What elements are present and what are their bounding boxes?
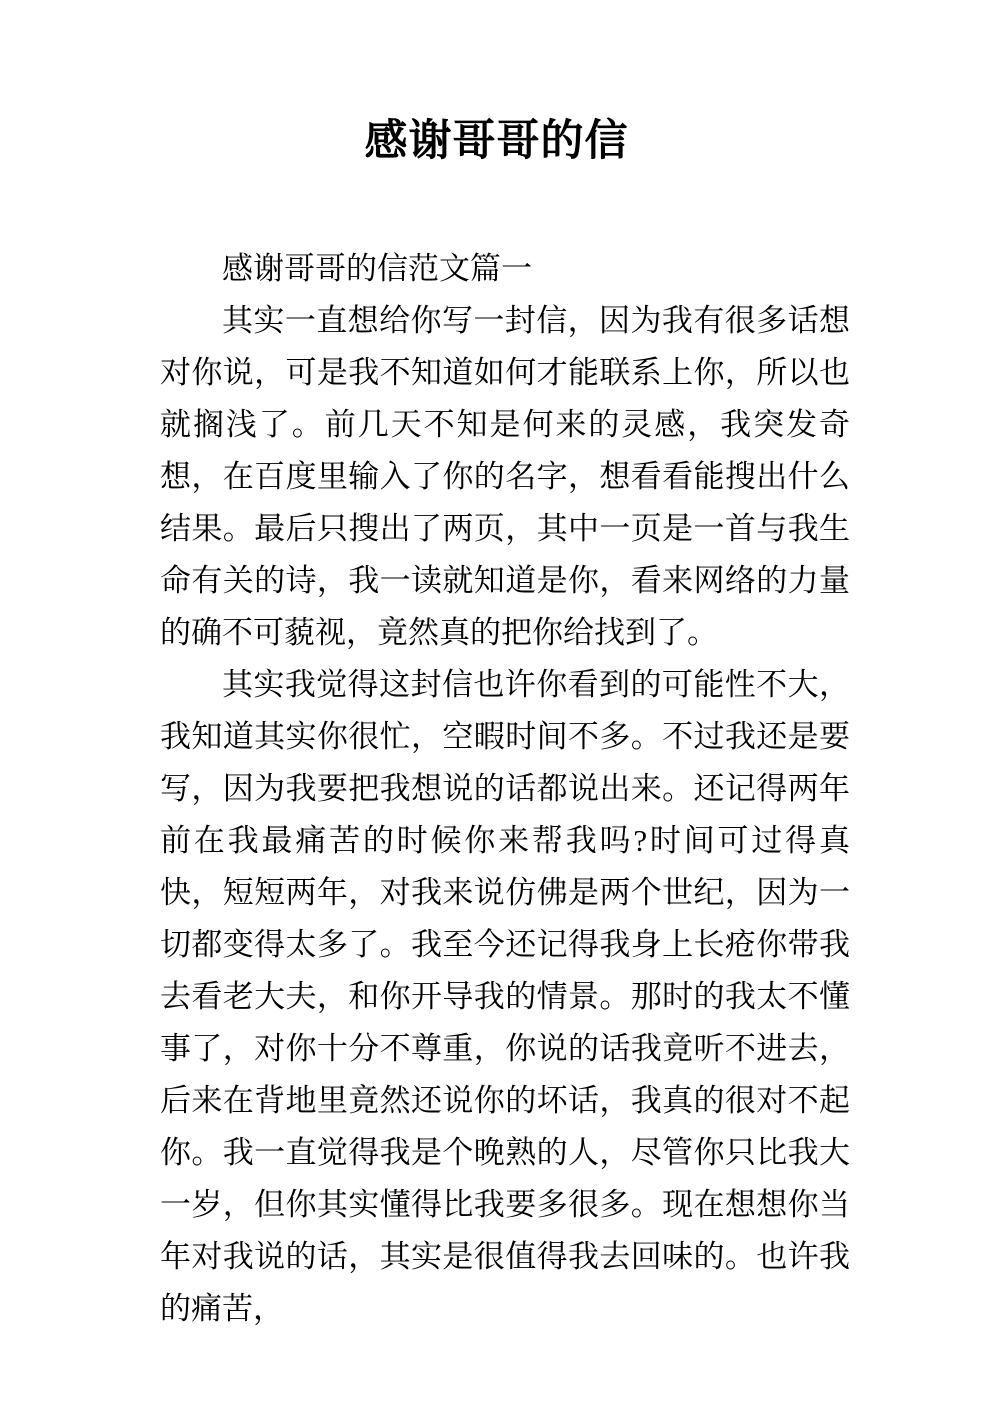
document-title: 感谢哥哥的信	[0, 118, 993, 165]
document-page: 感谢哥哥的信 感谢哥哥的信范文篇一 其实一直想给你写一封信，因为我有很多话想对你…	[0, 0, 993, 1404]
document-body: 感谢哥哥的信范文篇一 其实一直想给你写一封信，因为我有很多话想对你说，可是我不知…	[160, 243, 850, 1335]
paragraph-2: 其实我觉得这封信也许你看到的可能性不大，我知道其实你很忙，空暇时间不多。不过我还…	[160, 659, 850, 1335]
paragraph-1: 其实一直想给你写一封信，因为我有很多话想对你说，可是我不知道如何才能联系上你，所…	[160, 295, 850, 659]
paragraph-heading: 感谢哥哥的信范文篇一	[160, 243, 850, 295]
